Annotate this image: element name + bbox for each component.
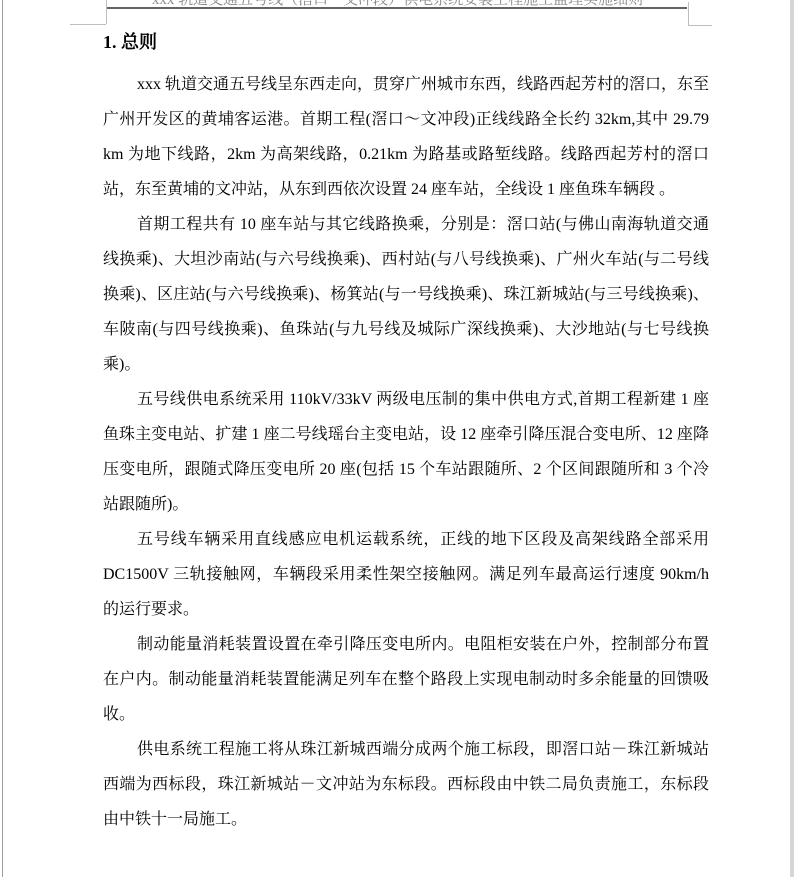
paragraph-line-overview: xxx 轨道交通五号线呈东西走向，贯穿广州城市东西，线路西起芳村的滘口，东至广州… [103, 67, 709, 207]
crop-mark-top-right-horizontal [688, 25, 712, 26]
section-heading: 1. 总则 [103, 28, 709, 56]
crop-mark-top-left-horizontal [70, 24, 106, 25]
document-page: xxx 轨道交通五号线（滘口～文冲段）供电系统安装工程施工监理实施细则 1. 总… [0, 0, 797, 877]
paragraph-braking-energy: 制动能量消耗装置设置在牵引降压变电所内。电阻柜安装在户外，控制部分布置在户内。制… [103, 627, 709, 732]
page-right-edge [790, 0, 794, 877]
paragraph-transfer-stations: 首期工程共有 10 座车站与其它线路换乘，分别是：滘口站(与佛山南海轨道交通线换… [103, 207, 709, 382]
page-left-edge [2, 0, 3, 877]
document-body: 1. 总则 xxx 轨道交通五号线呈东西走向，贯穿广州城市东西，线路西起芳村的滘… [103, 28, 709, 837]
crop-mark-top-left-vertical [106, 0, 107, 24]
paragraph-vehicle-traction: 五号线车辆采用直线感应电机运载系统，正线的地下区段及高架线路全部采用 DC150… [103, 522, 709, 627]
paragraph-power-supply-system: 五号线供电系统采用 110kV/33kV 两级电压制的集中供电方式,首期工程新建… [103, 382, 709, 522]
crop-mark-top-right-vertical [688, 2, 689, 25]
header-underline [107, 7, 687, 9]
paragraph-construction-sections: 供电系统工程施工将从珠江新城西端分成两个施工标段，即滘口站－珠江新城站西端为西标… [103, 732, 709, 837]
